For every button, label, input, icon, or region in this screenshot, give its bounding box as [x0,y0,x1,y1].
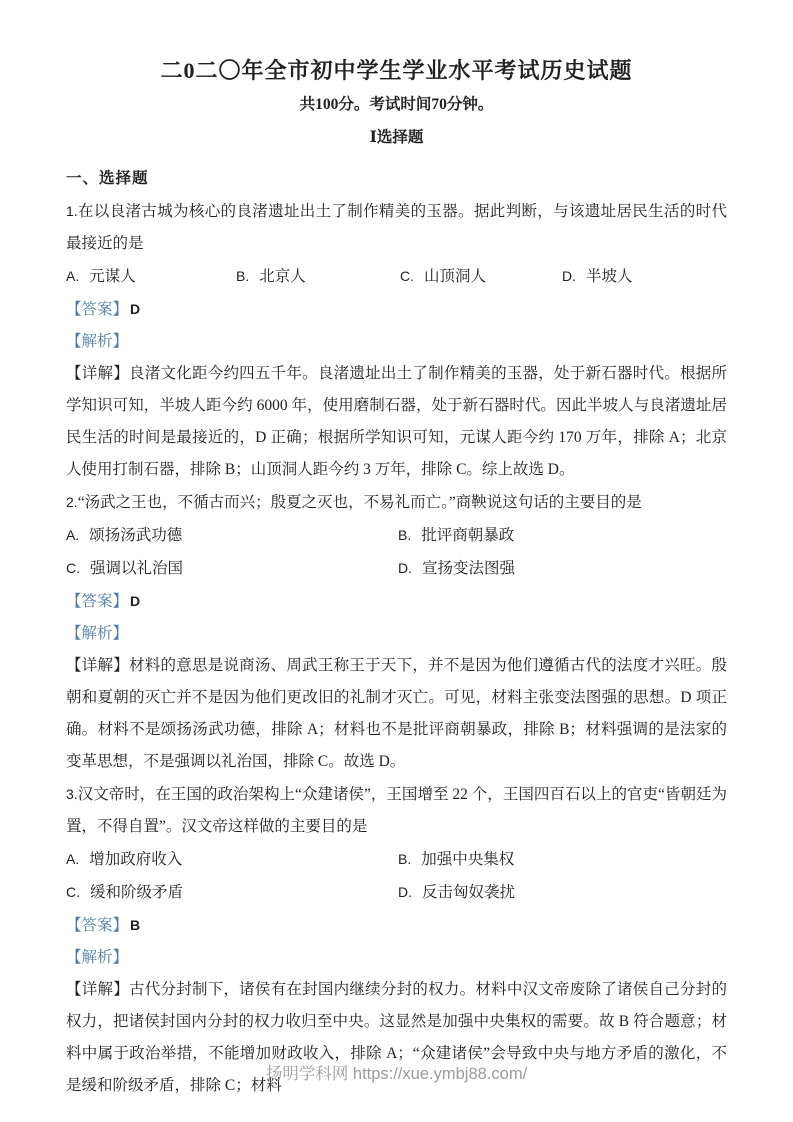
analysis-label: 【解析】 [66,333,128,350]
option-a: A.颂扬汤武功德 [66,519,398,552]
option-text: 宣扬变法图强 [422,560,515,577]
analysis-label: 【解析】 [66,949,128,966]
option-key: A. [66,527,79,543]
answer-line: 【答案】B [66,909,727,942]
option-key: A. [66,851,79,867]
answer-label: 【答案】 [66,917,128,934]
answer-value: D [130,301,140,317]
detail-label: 【详解】 [66,981,129,998]
option-text: 加强中央集权 [421,851,514,868]
option-text: 山顶洞人 [424,268,486,285]
option-text: 缓和阶级矛盾 [90,884,183,901]
section-heading-choice: Ⅰ选择题 [66,121,727,154]
option-a: A.增加政府收入 [66,843,398,876]
site-watermark-footer: 扬明学科网 https://xue.ymbj88.com/ [0,1060,793,1084]
answer-value: D [130,593,140,609]
option-d: D.反击匈奴袭扰 [398,876,727,909]
option-d: D.宣扬变法图强 [398,552,727,585]
answer-line: 【答案】D [66,585,727,618]
options-row: A.颂扬汤武功德 B.批评商朝暴政 C.强调以礼治国 D.宣扬变法图强 [66,519,727,585]
answer-label: 【答案】 [66,301,128,318]
option-text: 元谋人 [89,268,136,285]
option-key: D. [398,884,412,900]
detail-label: 【详解】 [66,365,129,382]
part-heading-multiple-choice: 一、选择题 [66,162,727,195]
detail-paragraph: 【详解】良渚文化距今约四五千年。良渚遗址出土了制作精美的玉器，处于新石器时代。根… [66,358,727,486]
answer-line: 【答案】D [66,293,727,326]
analysis-label: 【解析】 [66,625,128,642]
option-key: B. [398,527,411,543]
answer-value: B [130,917,140,933]
question-stem-text: 汉文帝时，在王国的政治架构上“众建诸侯”，王国增至 22 个，王国四百石以上的官… [66,786,727,835]
option-text: 批评商朝暴政 [421,527,514,544]
option-text: 北京人 [259,268,306,285]
option-c: C.山顶洞人 [400,260,562,293]
question-stem: 2.“汤武之王也，不循古而兴；殷夏之灭也，不易礼而亡。”商鞅说这句话的主要目的是 [66,486,727,519]
option-text: 半坡人 [586,268,633,285]
page-title: 二0二〇年全市初中学生学业水平考试历史试题 [66,54,727,88]
option-key: B. [398,851,411,867]
option-c: C.强调以礼治国 [66,552,398,585]
option-text: 增加政府收入 [89,851,182,868]
question-block-3: 3.汉文帝时，在王国的政治架构上“众建诸侯”，王国增至 22 个，王国四百石以上… [66,778,727,1102]
question-number: 3. [66,786,78,802]
option-c: C.缓和阶级矛盾 [66,876,398,909]
option-b: B.北京人 [236,260,400,293]
question-stem-text: “汤武之王也，不循古而兴；殷夏之灭也，不易礼而亡。”商鞅说这句话的主要目的是 [78,494,642,511]
options-row: A.增加政府收入 B.加强中央集权 C.缓和阶级矛盾 D.反击匈奴袭扰 [66,843,727,909]
option-key: C. [66,560,80,576]
exam-score-time-subtitle: 共100分。考试时间70分钟。 [66,88,727,121]
detail-label: 【详解】 [66,657,129,674]
option-key: A. [66,268,79,284]
question-number: 2. [66,494,78,510]
analysis-line: 【解析】 [66,326,727,358]
option-text: 颂扬汤武功德 [89,527,182,544]
question-stem: 1.在以良渚古城为核心的良渚遗址出土了制作精美的玉器。据此判断，与该遗址居民生活… [66,195,727,260]
option-b: B.批评商朝暴政 [398,519,727,552]
question-block-1: 1.在以良渚古城为核心的良渚遗址出土了制作精美的玉器。据此判断，与该遗址居民生活… [66,195,727,486]
exam-document-page: 二0二〇年全市初中学生学业水平考试历史试题 共100分。考试时间70分钟。 Ⅰ选… [0,0,793,1122]
analysis-line: 【解析】 [66,942,727,974]
answer-label: 【答案】 [66,593,128,610]
option-key: B. [236,268,249,284]
question-stem: 3.汉文帝时，在王国的政治架构上“众建诸侯”，王国增至 22 个，王国四百石以上… [66,778,727,843]
option-text: 反击匈奴袭扰 [422,884,515,901]
option-key: D. [398,560,412,576]
option-key: C. [66,884,80,900]
detail-text: 材料的意思是说商汤、周武王称王于天下，并不是因为他们遵循古代的法度才兴旺。殷朝和… [66,657,727,770]
option-key: C. [400,268,414,284]
detail-text: 良渚文化距今约四五千年。良渚遗址出土了制作精美的玉器，处于新石器时代。根据所学知… [66,365,727,478]
option-d: D.半坡人 [562,260,727,293]
question-block-2: 2.“汤武之王也，不循古而兴；殷夏之灭也，不易礼而亡。”商鞅说这句话的主要目的是… [66,486,727,778]
option-a: A.元谋人 [66,260,236,293]
analysis-line: 【解析】 [66,618,727,650]
question-stem-text: 在以良渚古城为核心的良渚遗址出土了制作精美的玉器。据此判断，与该遗址居民生活的时… [66,203,727,252]
question-number: 1. [66,203,78,219]
option-key: D. [562,268,576,284]
option-text: 强调以礼治国 [90,560,183,577]
options-row: A.元谋人 B.北京人 C.山顶洞人 D.半坡人 [66,260,727,293]
option-b: B.加强中央集权 [398,843,727,876]
detail-paragraph: 【详解】材料的意思是说商汤、周武王称王于天下，并不是因为他们遵循古代的法度才兴旺… [66,650,727,778]
